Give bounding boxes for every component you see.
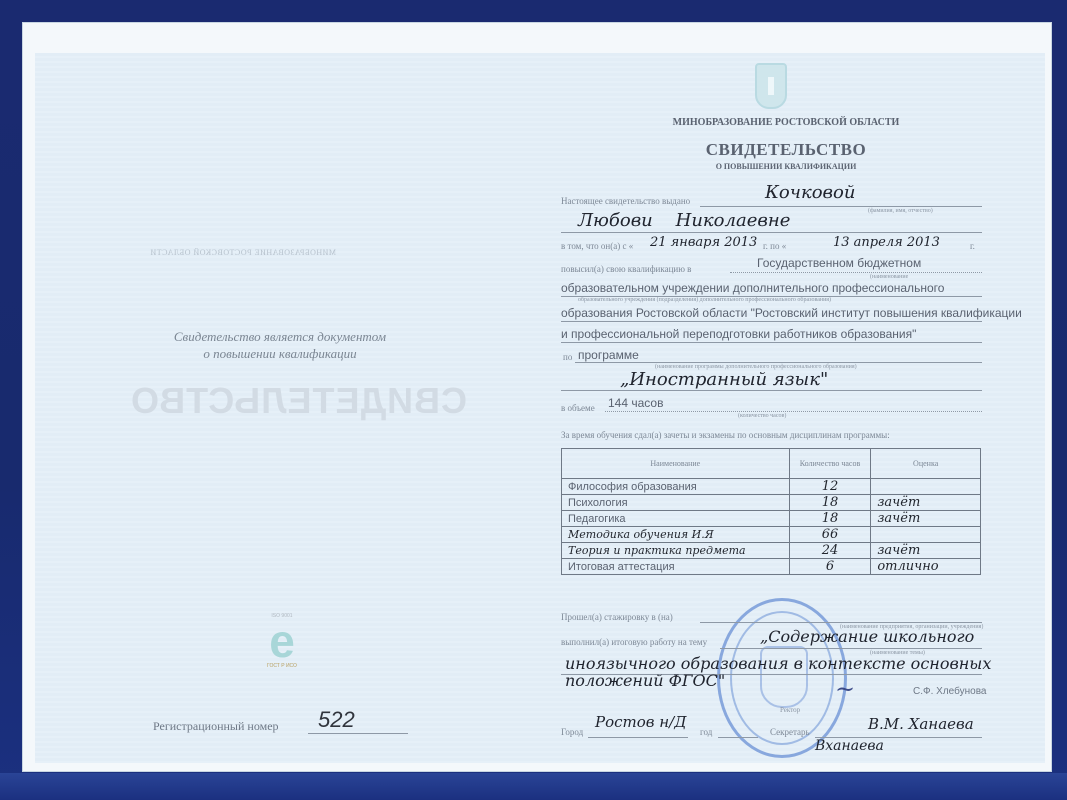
header-hours: Количество часов	[789, 449, 871, 479]
institution-line-1: Государственном бюджетном	[757, 256, 921, 270]
iso-logo: ISO 9001 e ГОСТ Р ИСО	[252, 613, 312, 669]
program-underline	[575, 362, 982, 363]
subject-cell: Психология	[562, 495, 790, 511]
city-underline	[588, 737, 688, 738]
table-row: Философия образования12	[562, 479, 981, 495]
date-to: 13 апреля 2013	[833, 235, 940, 250]
coat-of-arms-icon	[755, 63, 787, 109]
ministry-name: МИНОБРАЗОВАНИЕ РОСТОВСКОЙ ОБЛАСТИ	[600, 117, 972, 128]
table-row: Теория и практика предмета24зачёт	[562, 543, 981, 559]
issued-label: Настоящее свидетельство выдано	[561, 196, 690, 206]
table-row: Педагогика18зачёт	[562, 511, 981, 527]
volume-value: 144 часов	[608, 396, 663, 410]
hours-cell: 24	[789, 543, 871, 559]
rector-signature: ~	[835, 675, 855, 703]
ghost-header-mirror: МИНОБРАЗОВАНИЕ РОСТОВСКОЙ ОБЛАСТИ	[150, 248, 336, 257]
frame-bottom-band	[0, 773, 1067, 800]
institution-underline-1	[730, 272, 982, 273]
final-work-underline-1	[720, 648, 982, 649]
registration-number: 522	[318, 707, 355, 733]
grade-cell: зачёт	[871, 543, 981, 559]
registration-underline	[308, 733, 408, 734]
given-names-underline	[561, 232, 982, 233]
institution-line-4: и профессиональной переподготовки работн…	[561, 327, 916, 341]
volume-underline	[605, 411, 982, 412]
city-label: Город	[561, 727, 583, 737]
institution-line-3: образования Ростовской области "Ростовск…	[561, 306, 1022, 320]
secretary-signature: Вханаева	[815, 738, 884, 754]
period-suffix: г.	[970, 241, 975, 251]
final-work-line-1: „Содержание школьного	[760, 627, 974, 646]
hours-cell: 18	[789, 495, 871, 511]
hours-cell: 12	[789, 479, 871, 495]
internship-label: Прошел(а) стажировку в (на)	[561, 612, 673, 622]
institution-hint-2: образовательного учреждения (подразделен…	[578, 297, 831, 303]
left-note-line1: Свидетельство является документом	[140, 328, 420, 345]
certificate-title: СВИДЕТЕЛЬСТВО	[600, 140, 972, 160]
rector-name: С.Ф. Хлебунова	[913, 686, 986, 697]
grade-cell: зачёт	[871, 511, 981, 527]
table-header-row: Наименование Количество часов Оценка	[562, 449, 981, 479]
iso-logo-bottom-text: ГОСТ Р ИСО	[252, 663, 312, 669]
period-mid: г. по «	[763, 241, 786, 251]
program-name: „Иностранный язык"	[620, 369, 828, 390]
table-row: Методика обучения И.Я66	[562, 527, 981, 543]
hours-cell: 66	[789, 527, 871, 543]
year-label: год	[700, 727, 712, 737]
secretary-name: В.М. Ханаева	[868, 715, 974, 733]
institution-underline-3	[561, 321, 982, 322]
subject-cell: Теория и практика предмета	[562, 543, 790, 559]
table-row: Психология18зачёт	[562, 495, 981, 511]
city-value: Ростов н/Д	[595, 713, 686, 731]
grade-cell	[871, 479, 981, 495]
date-from: 21 января 2013	[650, 235, 757, 250]
left-note-line2: о повышении квалификации	[140, 345, 420, 362]
certificate-subtitle: О ПОВЫШЕНИИ КВАЛИФИКАЦИИ	[600, 162, 972, 171]
rector-label: Ректор	[780, 706, 800, 714]
institution-underline-4	[561, 342, 982, 343]
given-names-value: Любови Николаевне	[578, 210, 790, 231]
program-name-underline	[561, 390, 982, 391]
final-work-label: выполнил(а) итоговую работу на тему	[561, 637, 707, 647]
secretary-label: Секретарь	[770, 727, 810, 737]
final-work-line-3: положений ФГОС"	[565, 671, 725, 690]
grade-cell: отлично	[871, 559, 981, 575]
program-line-1: программе	[578, 348, 639, 362]
table-row: Итоговая аттестация6отлично	[562, 559, 981, 575]
iso-e-icon: e	[252, 619, 312, 663]
ghost-title-mirror: СВИДЕТЕЛЬСТВО	[130, 380, 467, 422]
hours-cell: 18	[789, 511, 871, 527]
registration-label: Регистрационный номер	[153, 719, 279, 734]
subject-cell: Итоговая аттестация	[562, 559, 790, 575]
header-grade: Оценка	[871, 449, 981, 479]
period-prefix: в том, что он(а) с «	[561, 241, 633, 251]
internship-underline	[700, 622, 982, 623]
subject-cell: Педагогика	[562, 511, 790, 527]
surname-underline	[700, 206, 982, 207]
program-prefix: по	[563, 352, 572, 362]
grade-cell	[871, 527, 981, 543]
surname-value: Кочковой	[765, 182, 855, 203]
volume-label: в объеме	[561, 403, 595, 413]
grades-table: Наименование Количество часов Оценка Фил…	[561, 448, 981, 575]
hours-cell: 6	[789, 559, 871, 575]
subject-cell: Философия образования	[562, 479, 790, 495]
institution-line-2: образовательном учреждении дополнительно…	[561, 281, 944, 295]
institution-hint-1: (наименование	[870, 274, 908, 280]
subject-cell: Методика обучения И.Я	[562, 527, 790, 543]
year-underline	[718, 737, 758, 738]
left-note: Свидетельство является документом о повы…	[140, 328, 420, 362]
volume-hint: (количество часов)	[738, 413, 786, 419]
name-hint: (фамилия, имя, отчество)	[868, 208, 933, 214]
qualified-label: повысил(а) свою квалификацию в	[561, 264, 691, 274]
exams-intro: За время обучения сдал(а) зачеты и экзам…	[561, 430, 890, 440]
header-name: Наименование	[562, 449, 790, 479]
grade-cell: зачёт	[871, 495, 981, 511]
